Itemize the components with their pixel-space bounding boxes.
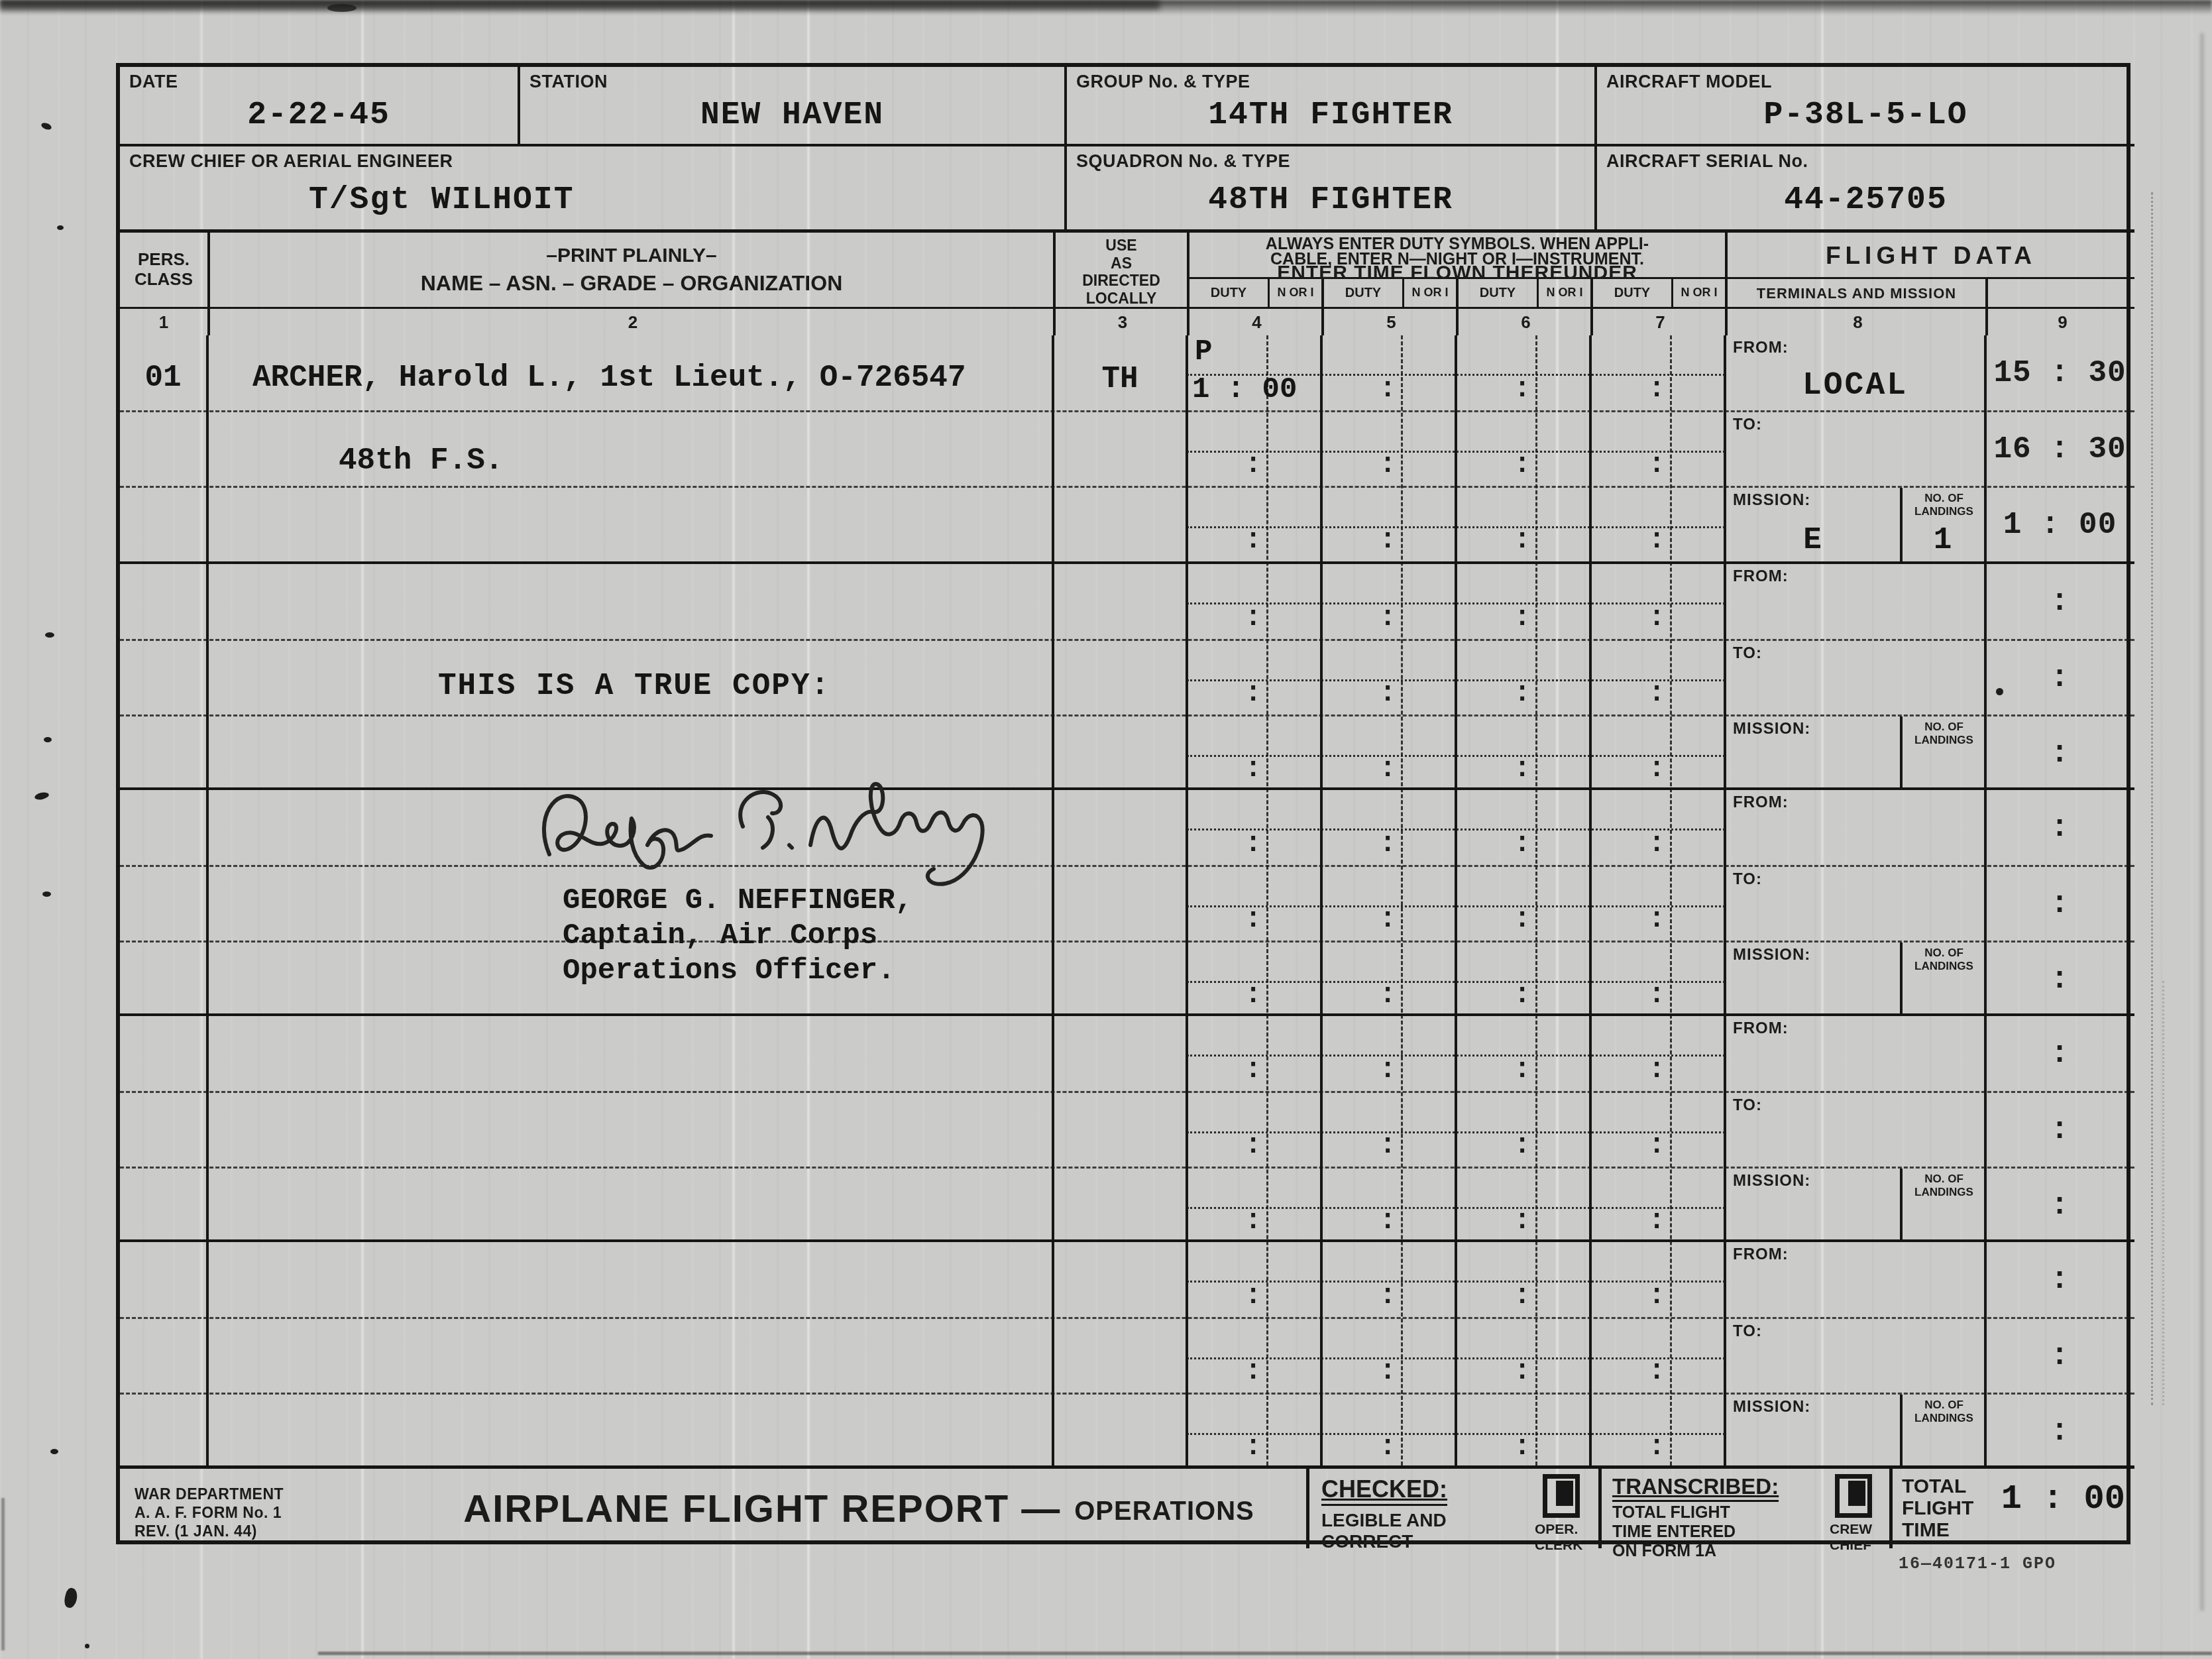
to-label: TO: <box>1733 1096 1762 1115</box>
duty-colon: : <box>1373 1280 1402 1312</box>
duty-label: DUTY <box>1459 286 1537 301</box>
form-footer: WAR DEPARTMENT A. A. F. FORM No. 1 REV. … <box>120 1465 2134 1548</box>
mission-label: MISSION: <box>1733 491 1810 510</box>
time-colon: : <box>1985 867 2134 941</box>
form-number-block: WAR DEPARTMENT A. A. F. FORM No. 1 REV. … <box>135 1485 284 1540</box>
terminals-and-mission-label: TERMINALS AND MISSION <box>1728 285 1985 302</box>
mission-row: : : : : MISSION: NO. OF LANDINGS E 1 1 :… <box>120 486 2134 561</box>
scan-speck <box>42 891 51 897</box>
signer-name-block: GEORGE G. NEFFINGER, Captain, Air Corps … <box>563 884 912 989</box>
footer-title-cell: WAR DEPARTMENT A. A. F. FORM No. 1 REV. … <box>120 1469 1306 1548</box>
scan-speck <box>327 4 357 12</box>
duty-colon: : <box>1642 903 1671 935</box>
duty-colon: : <box>1642 979 1671 1011</box>
scan-left-edge <box>1 1498 5 1650</box>
duty-colon: : <box>1373 828 1402 860</box>
scan-speck <box>34 791 50 801</box>
duty-symbol-entry: P <box>1195 335 1212 369</box>
duty-colon: : <box>1508 1129 1537 1161</box>
n-or-i-label: N OR I <box>1270 286 1321 300</box>
scan-speck <box>44 737 52 742</box>
right-margin-perforation <box>2162 981 2164 1405</box>
to-label: TO: <box>1733 644 1762 663</box>
duty-colon: : <box>1239 1129 1268 1161</box>
landings-label: NO. OF LANDINGS <box>1903 720 1985 748</box>
from-row: ::::FROM:: <box>120 1242 2134 1317</box>
duty-colon: : <box>1642 1355 1671 1387</box>
from-time-entry: 15 : 30 <box>1985 335 2134 410</box>
col9-strip-cell <box>1985 279 2134 309</box>
col-number-3: 3 <box>1053 309 1189 335</box>
col-number-9: 9 <box>1985 309 2137 335</box>
mission-symbol-entry: E <box>1725 523 1900 557</box>
group-value: 14TH FIGHTER <box>1067 97 1594 133</box>
duty-time-entry: 1 : 00 <box>1192 373 1297 406</box>
aircraft-serial-value: 44-25705 <box>1597 182 2134 218</box>
use-as-directed-locally-label: USE AS DIRECTED LOCALLY <box>1056 237 1187 308</box>
squadron-field: SQUADRON No. & TYPE 48TH FIGHTER <box>1064 146 1594 233</box>
duty-colon: : <box>1508 524 1537 556</box>
duty-colon: : <box>1508 1054 1537 1086</box>
time-colon: : <box>1985 1016 2134 1091</box>
duty-label: DUTY <box>1189 286 1268 301</box>
time-colon: : <box>1985 1169 2134 1242</box>
to-time-entry: 16 : 30 <box>1985 412 2134 486</box>
scan-speck <box>40 122 52 131</box>
from-row: ::::FROM:: <box>120 564 2134 639</box>
duty-colon: : <box>1642 753 1671 785</box>
use-as-entry: TH <box>1053 362 1187 396</box>
crew-chief-label: CREW CHIEF OR AERIAL ENGINEER <box>120 146 1064 172</box>
duty-colon: : <box>1239 979 1268 1011</box>
station-value: NEW HAVEN <box>520 97 1064 133</box>
col-pers-class-header: PERS. CLASS <box>120 233 207 309</box>
duty-colon: : <box>1239 1431 1268 1463</box>
mission-label: MISSION: <box>1733 1172 1810 1190</box>
pers-class-value: 01 <box>144 361 181 395</box>
scan-speck <box>57 225 64 230</box>
col-number-5: 5 <box>1321 309 1459 335</box>
duty-colon: : <box>1642 602 1671 634</box>
landings-entry: 1 <box>1900 523 1985 557</box>
duty-colon: : <box>1373 677 1402 709</box>
time-colon: : <box>1985 1395 2134 1468</box>
duty-colon: : <box>1642 449 1671 481</box>
time-colon: : <box>1985 790 2134 865</box>
from-row: ::::FROM:: <box>120 1016 2134 1091</box>
total-flight-time-cell: TOTAL FLIGHT TIME 1 : 00 <box>1889 1469 2134 1548</box>
crew-chief-checkbox-icon <box>1835 1474 1872 1518</box>
from-row: 01 ARCHER, Harold L., 1st Lieut., O-7265… <box>120 335 2134 410</box>
duty-colon: : <box>1642 1205 1671 1237</box>
duty-colon: : <box>1239 828 1268 860</box>
from-label: FROM: <box>1733 339 1789 357</box>
terminals-and-mission-strip-cell: TERMINALS AND MISSION <box>1725 279 1985 309</box>
col-name-header: –PRINT PLAINLY– NAME – ASN. – GRADE – OR… <box>207 233 1053 309</box>
checked-cell: CHECKED: LEGIBLE AND CORRECT OPER. CLERK <box>1306 1469 1598 1548</box>
landings-label: NO. OF LANDINGS <box>1903 492 1985 519</box>
transcribed-label: TRANSCRIBED: <box>1612 1474 1779 1502</box>
checked-sub-label: LEGIBLE AND CORRECT <box>1321 1510 1447 1552</box>
organization-entry: 48th F.S. <box>339 443 503 478</box>
signature: George G. Neffinger <box>524 748 1008 894</box>
mission-time-entry: 1 : 00 <box>1985 488 2134 561</box>
from-label: FROM: <box>1733 793 1789 812</box>
flight-data-banner: FLIGHT DATA <box>1725 233 2134 279</box>
duty-colon: : <box>1642 828 1671 860</box>
time-colon: : <box>1985 1093 2134 1167</box>
scan-speck <box>50 1449 58 1454</box>
to-row: ::::TO:: <box>120 1091 2134 1167</box>
print-plainly-label: –PRINT PLAINLY– <box>210 245 1053 267</box>
aircraft-model-value: P-38L-5-LO <box>1597 97 2134 133</box>
pers-class-header-label: PERS. CLASS <box>120 250 207 290</box>
group-label: GROUP No. & TYPE <box>1067 67 1594 92</box>
pilot-name-entry: ARCHER, Harold L., 1st Lieut., O-726547 <box>252 361 966 395</box>
crew-chief-field: CREW CHIEF OR AERIAL ENGINEER T/Sgt WILH… <box>120 146 1064 233</box>
landings-label: NO. OF LANDINGS <box>1903 1173 1985 1200</box>
duty-label: DUTY <box>1324 286 1402 301</box>
scan-speck <box>85 1644 89 1648</box>
date-value: 2-22-45 <box>120 97 518 133</box>
mission-row: ::::MISSION:NO. OF LANDINGS: <box>120 941 2134 1016</box>
checked-label: CHECKED: <box>1321 1475 1447 1506</box>
transcribed-cell: TRANSCRIBED: TOTAL FLIGHT TIME ENTERED O… <box>1598 1469 1889 1548</box>
duty-colon: : <box>1239 1054 1268 1086</box>
scan-top-band <box>0 0 1160 9</box>
mission-row: ::::MISSION:NO. OF LANDINGS: <box>120 1393 2134 1468</box>
duty-colon: : <box>1508 677 1537 709</box>
signature-ink <box>524 748 1008 894</box>
transcribed-sub-label: TOTAL FLIGHT TIME ENTERED ON FORM 1A <box>1612 1503 1736 1560</box>
duty-colon: : <box>1239 753 1268 785</box>
duty-colon: : <box>1373 602 1402 634</box>
duty-colon: : <box>1373 1355 1402 1387</box>
duty-colon: : <box>1373 1205 1402 1237</box>
aircraft-model-label: AIRCRAFT MODEL <box>1597 67 2134 92</box>
duty-colon: : <box>1508 449 1537 481</box>
col-number-6: 6 <box>1456 309 1593 335</box>
mission-label: MISSION: <box>1733 720 1810 738</box>
form-title-main: AIRPLANE FLIGHT REPORT — <box>463 1487 1061 1531</box>
duty-colon: : <box>1373 1129 1402 1161</box>
pers-class-entry: 01 <box>120 361 206 395</box>
mission-label: MISSION: <box>1733 946 1810 964</box>
to-label: TO: <box>1733 1322 1762 1341</box>
duty-colon: : <box>1508 979 1537 1011</box>
airplane-flight-report-form: DATE 2-22-45 STATION NEW HAVEN GROUP No.… <box>116 63 2130 1544</box>
duty-colon: : <box>1239 524 1268 556</box>
flight-data-label: FLIGHT DATA <box>1728 242 2134 270</box>
total-flight-time-value: 1 : 00 <box>2001 1479 2125 1518</box>
landings-label: NO. OF LANDINGS <box>1903 1399 1985 1426</box>
duty-strip-cell: DUTY <box>1187 279 1268 309</box>
group-field: GROUP No. & TYPE 14TH FIGHTER <box>1064 67 1594 146</box>
duty-colon: : <box>1373 1054 1402 1086</box>
aircraft-model-field: AIRCRAFT MODEL P-38L-5-LO <box>1594 67 2134 146</box>
duty-colon: : <box>1508 753 1537 785</box>
from-label: FROM: <box>1733 1019 1789 1038</box>
duty-colon: : <box>1373 373 1402 405</box>
duty-label: DUTY <box>1593 286 1671 301</box>
form-title-suffix: OPERATIONS <box>1074 1491 1254 1526</box>
col-number-8: 8 <box>1725 309 1988 335</box>
flight-record-block: 01 ARCHER, Harold L., 1st Lieut., O-7265… <box>120 335 2134 561</box>
flight-record-block: ::::FROM:: ::::TO:: ::::MISSION:NO. OF L… <box>120 1239 2134 1465</box>
col-number-2: 2 <box>207 309 1056 335</box>
to-row: ::::TO:: <box>120 865 2134 941</box>
scan-right-edge <box>2200 33 2204 1611</box>
mission-row: ::::MISSION:NO. OF LANDINGS: <box>120 715 2134 790</box>
n-or-i-strip-cell: N OR I <box>1268 279 1321 309</box>
duty-colon: : <box>1239 677 1268 709</box>
from-terminal-entry: LOCAL <box>1725 368 1985 404</box>
oper-clerk-checkbox-icon <box>1543 1474 1580 1518</box>
duty-colon: : <box>1508 1355 1537 1387</box>
to-label: TO: <box>1733 416 1762 434</box>
duty-colon: : <box>1239 903 1268 935</box>
name-asn-grade-organization-label: NAME – ASN. – GRADE – ORGANIZATION <box>210 271 1053 296</box>
station-field: STATION NEW HAVEN <box>518 67 1064 146</box>
col-number-1: 1 <box>120 309 207 335</box>
scan-speck <box>45 632 54 638</box>
flight-record-block: ::::FROM:: ::::TO:: ::::MISSION:NO. OF L… <box>120 561 2134 787</box>
duty-colon: : <box>1373 903 1402 935</box>
duty-colon: : <box>1239 1280 1268 1312</box>
time-colon: : <box>1985 1319 2134 1393</box>
squadron-value: 48TH FIGHTER <box>1067 182 1594 218</box>
time-colon: : <box>1985 564 2134 639</box>
duty-strip-cell: DUTY <box>1321 279 1402 309</box>
n-or-i-strip-cell: N OR I <box>1402 279 1456 309</box>
n-or-i-label: N OR I <box>1539 286 1590 300</box>
duty-colon: : <box>1239 449 1268 481</box>
duty-colon: : <box>1642 1054 1671 1086</box>
mission-label: MISSION: <box>1733 1398 1810 1416</box>
duty-strip-cell: DUTY <box>1456 279 1537 309</box>
duty-colon: : <box>1373 753 1402 785</box>
to-row: ::::TO:: <box>120 639 2134 715</box>
n-or-i-strip-cell: N OR I <box>1537 279 1590 309</box>
scan-bottom-edge <box>318 1652 2212 1655</box>
flight-entries-grid: 01 ARCHER, Harold L., 1st Lieut., O-7265… <box>120 335 2134 1465</box>
duty-colon: : <box>1508 1280 1537 1312</box>
from-row: ::::FROM:: <box>120 790 2134 865</box>
form-title: AIRPLANE FLIGHT REPORT — OPERATIONS <box>431 1469 1286 1548</box>
crew-chief-value: T/Sgt WILHOIT <box>120 182 1064 218</box>
duty-colon: : <box>1508 903 1537 935</box>
time-colon: : <box>1985 1242 2134 1317</box>
duty-colon: : <box>1642 1129 1671 1161</box>
duty-colon: : <box>1642 1280 1671 1312</box>
duty-colon: : <box>1373 979 1402 1011</box>
duty-colon: : <box>1239 1205 1268 1237</box>
time-colon: : <box>1985 641 2134 715</box>
date-field: DATE 2-22-45 <box>120 67 518 146</box>
duty-colon: : <box>1642 1431 1671 1463</box>
flight-record-block: ::::FROM:: ::::TO:: ::::MISSION:NO. OF L… <box>120 1013 2134 1239</box>
scan-speck <box>63 1587 80 1609</box>
time-colon: : <box>1985 716 2134 790</box>
n-or-i-strip-cell: N OR I <box>1671 279 1725 309</box>
duty-colon: : <box>1642 373 1671 405</box>
landings-label: NO. OF LANDINGS <box>1903 946 1985 974</box>
duty-colon: : <box>1508 1431 1537 1463</box>
duty-colon: : <box>1373 1431 1402 1463</box>
right-margin-perforation <box>2151 192 2153 1405</box>
station-label: STATION <box>520 67 1064 92</box>
to-row: 48th F.S. : : : : TO: 16 : 30 <box>120 410 2134 486</box>
duty-symbols-banner: ALWAYS ENTER DUTY SYMBOLS. WHEN APPLI- C… <box>1187 233 1725 279</box>
flight-record-block: ::::FROM:: ::::TO:: ::::MISSION:NO. OF L… <box>120 787 2134 1013</box>
col-number-4: 4 <box>1187 309 1324 335</box>
duty-colon: : <box>1508 828 1537 860</box>
duty-colon: : <box>1508 373 1537 405</box>
to-label: TO: <box>1733 870 1762 889</box>
mission-row: ::::MISSION:NO. OF LANDINGS: <box>120 1167 2134 1242</box>
date-label: DATE <box>120 67 518 92</box>
duty-strip-cell: DUTY <box>1590 279 1671 309</box>
col-number-7: 7 <box>1590 309 1728 335</box>
to-row: ::::TO:: <box>120 1317 2134 1393</box>
aircraft-serial-field: AIRCRAFT SERIAL No. 44-25705 <box>1594 146 2134 233</box>
duty-colon: : <box>1373 524 1402 556</box>
gpo-print-code: 16—40171-1 GPO <box>1899 1554 2056 1573</box>
from-label: FROM: <box>1733 567 1789 586</box>
total-flight-time-label: TOTAL FLIGHT TIME <box>1902 1475 1973 1541</box>
aircraft-serial-label: AIRCRAFT SERIAL No. <box>1597 146 2134 172</box>
col-use-as-header: USE AS DIRECTED LOCALLY <box>1053 233 1187 309</box>
squadron-label: SQUADRON No. & TYPE <box>1067 146 1594 172</box>
duty-colon: : <box>1642 524 1671 556</box>
time-colon: : <box>1985 943 2134 1016</box>
n-or-i-label: N OR I <box>1404 286 1456 300</box>
duty-colon: : <box>1373 449 1402 481</box>
duty-colon: : <box>1239 1355 1268 1387</box>
true-copy-statement: THIS IS A TRUE COPY: <box>438 669 830 703</box>
n-or-i-label: N OR I <box>1673 286 1725 300</box>
duty-colon: : <box>1508 1205 1537 1237</box>
duty-colon: : <box>1508 602 1537 634</box>
from-label: FROM: <box>1733 1245 1789 1264</box>
duty-colon: : <box>1239 602 1268 634</box>
duty-colon: : <box>1642 677 1671 709</box>
